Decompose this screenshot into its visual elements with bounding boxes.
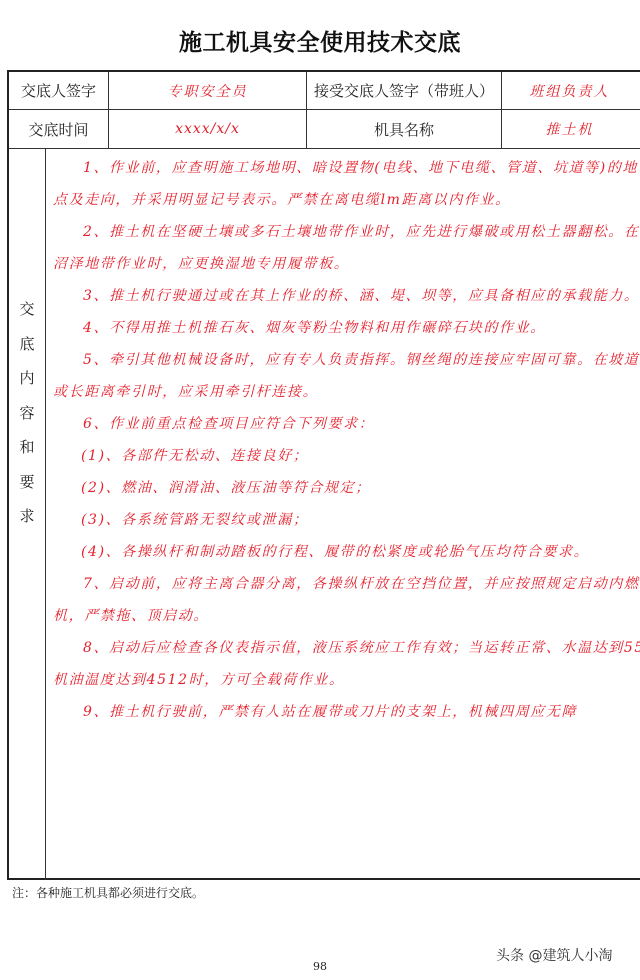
receiver-signature-label: 接受交底人签字（带班人） [307, 72, 501, 109]
content-line: (4)、各操纵杆和制动踏板的行程、履带的松紧度或轮胎气压均符合要求。 [53, 536, 640, 568]
content-line: 5、牵引其他机械设备时，应有专人负责指挥。钢丝绳的连接应牢固可靠。在坡道 [53, 344, 640, 376]
content-line: 8、启动后应检查各仪表指示值，液压系统应工作有效；当运转正常、水温达到5512、 [53, 632, 640, 664]
disclosure-time-value[interactable]: xxxx/x/x [109, 110, 306, 148]
footer-note: 注：各种施工机具都必须进行交底。 [12, 884, 204, 901]
content-line: (2)、燃油、润滑油、液压油等符合规定； [53, 472, 640, 504]
content-line: 机，严禁拖、顶启动。 [53, 600, 640, 632]
document-title: 施工机具安全使用技术交底 [0, 24, 640, 57]
content-line: (1)、各部件无松动、连接良好； [53, 440, 640, 472]
side-label-char: 交 [19, 292, 34, 327]
content-line: 2、推土机在坚硬土壤或多石土壤地带作业时，应先进行爆破或用松土器翻松。在 [53, 216, 640, 248]
machine-name-label: 机具名称 [307, 110, 501, 148]
content-line: 7、启动前，应将主离合器分离，各操纵杆放在空挡位置，并应按照规定启动内燃 [53, 568, 640, 600]
content-line: 点及走向，并采用明显记号表示。严禁在离电缆lm距离以内作业。 [53, 184, 640, 216]
content-line: 9、推土机行驶前，严禁有人站在履带或刀片的支架上，机械四周应无障 [53, 696, 640, 728]
content-line: 4、不得用推土机推石灰、烟灰等粉尘物料和用作碾碎石块的作业。 [53, 312, 640, 344]
side-label-char: 要 [19, 465, 34, 500]
side-label-char: 容 [19, 396, 34, 431]
content-line: (3)、各系统管路无裂纹或泄漏； [53, 504, 640, 536]
side-column-divider [45, 149, 46, 880]
content-line: 1、作业前，应查明施工场地明、暗设置物(电线、地下电缆、管道、坑道等)的地 [53, 152, 640, 184]
side-label-char: 和 [19, 430, 34, 465]
discloser-signature-value[interactable]: 专职安全员 [109, 72, 306, 109]
disclosure-table: 交底人签字 专职安全员 接受交底人签字（带班人） 班组负责人 交底时间 xxxx… [7, 70, 640, 880]
discloser-signature-label: 交底人签字 [9, 72, 108, 109]
watermark: 头条 @建筑人小淘 [496, 945, 612, 965]
content-line: 机油温度达到4512时，方可全载荷作业。 [53, 664, 640, 696]
disclosure-content: 1、作业前，应查明施工场地明、暗设置物(电线、地下电缆、管道、坑道等)的地点及走… [53, 152, 640, 728]
content-line: 6、作业前重点检查项目应符合下列要求： [53, 408, 640, 440]
content-line: 沼泽地带作业时，应更换湿地专用履带板。 [53, 248, 640, 280]
content-line: 3、推土机行驶通过或在其上作业的桥、涵、堤、坝等，应具备相应的承载能力。 [53, 280, 640, 312]
side-label-char: 底 [19, 327, 34, 362]
machine-name-value[interactable]: 推土机 [502, 110, 637, 148]
content-line: 或长距离牵引时，应采用牵引杆连接。 [53, 376, 640, 408]
side-label-char: 内 [19, 361, 34, 396]
side-label-char: 求 [19, 499, 34, 534]
content-requirements-label: 交 底 内 容 和 要 求 [9, 292, 45, 534]
row-divider [9, 148, 640, 149]
receiver-signature-value[interactable]: 班组负责人 [502, 72, 637, 109]
disclosure-time-label: 交底时间 [9, 110, 108, 148]
